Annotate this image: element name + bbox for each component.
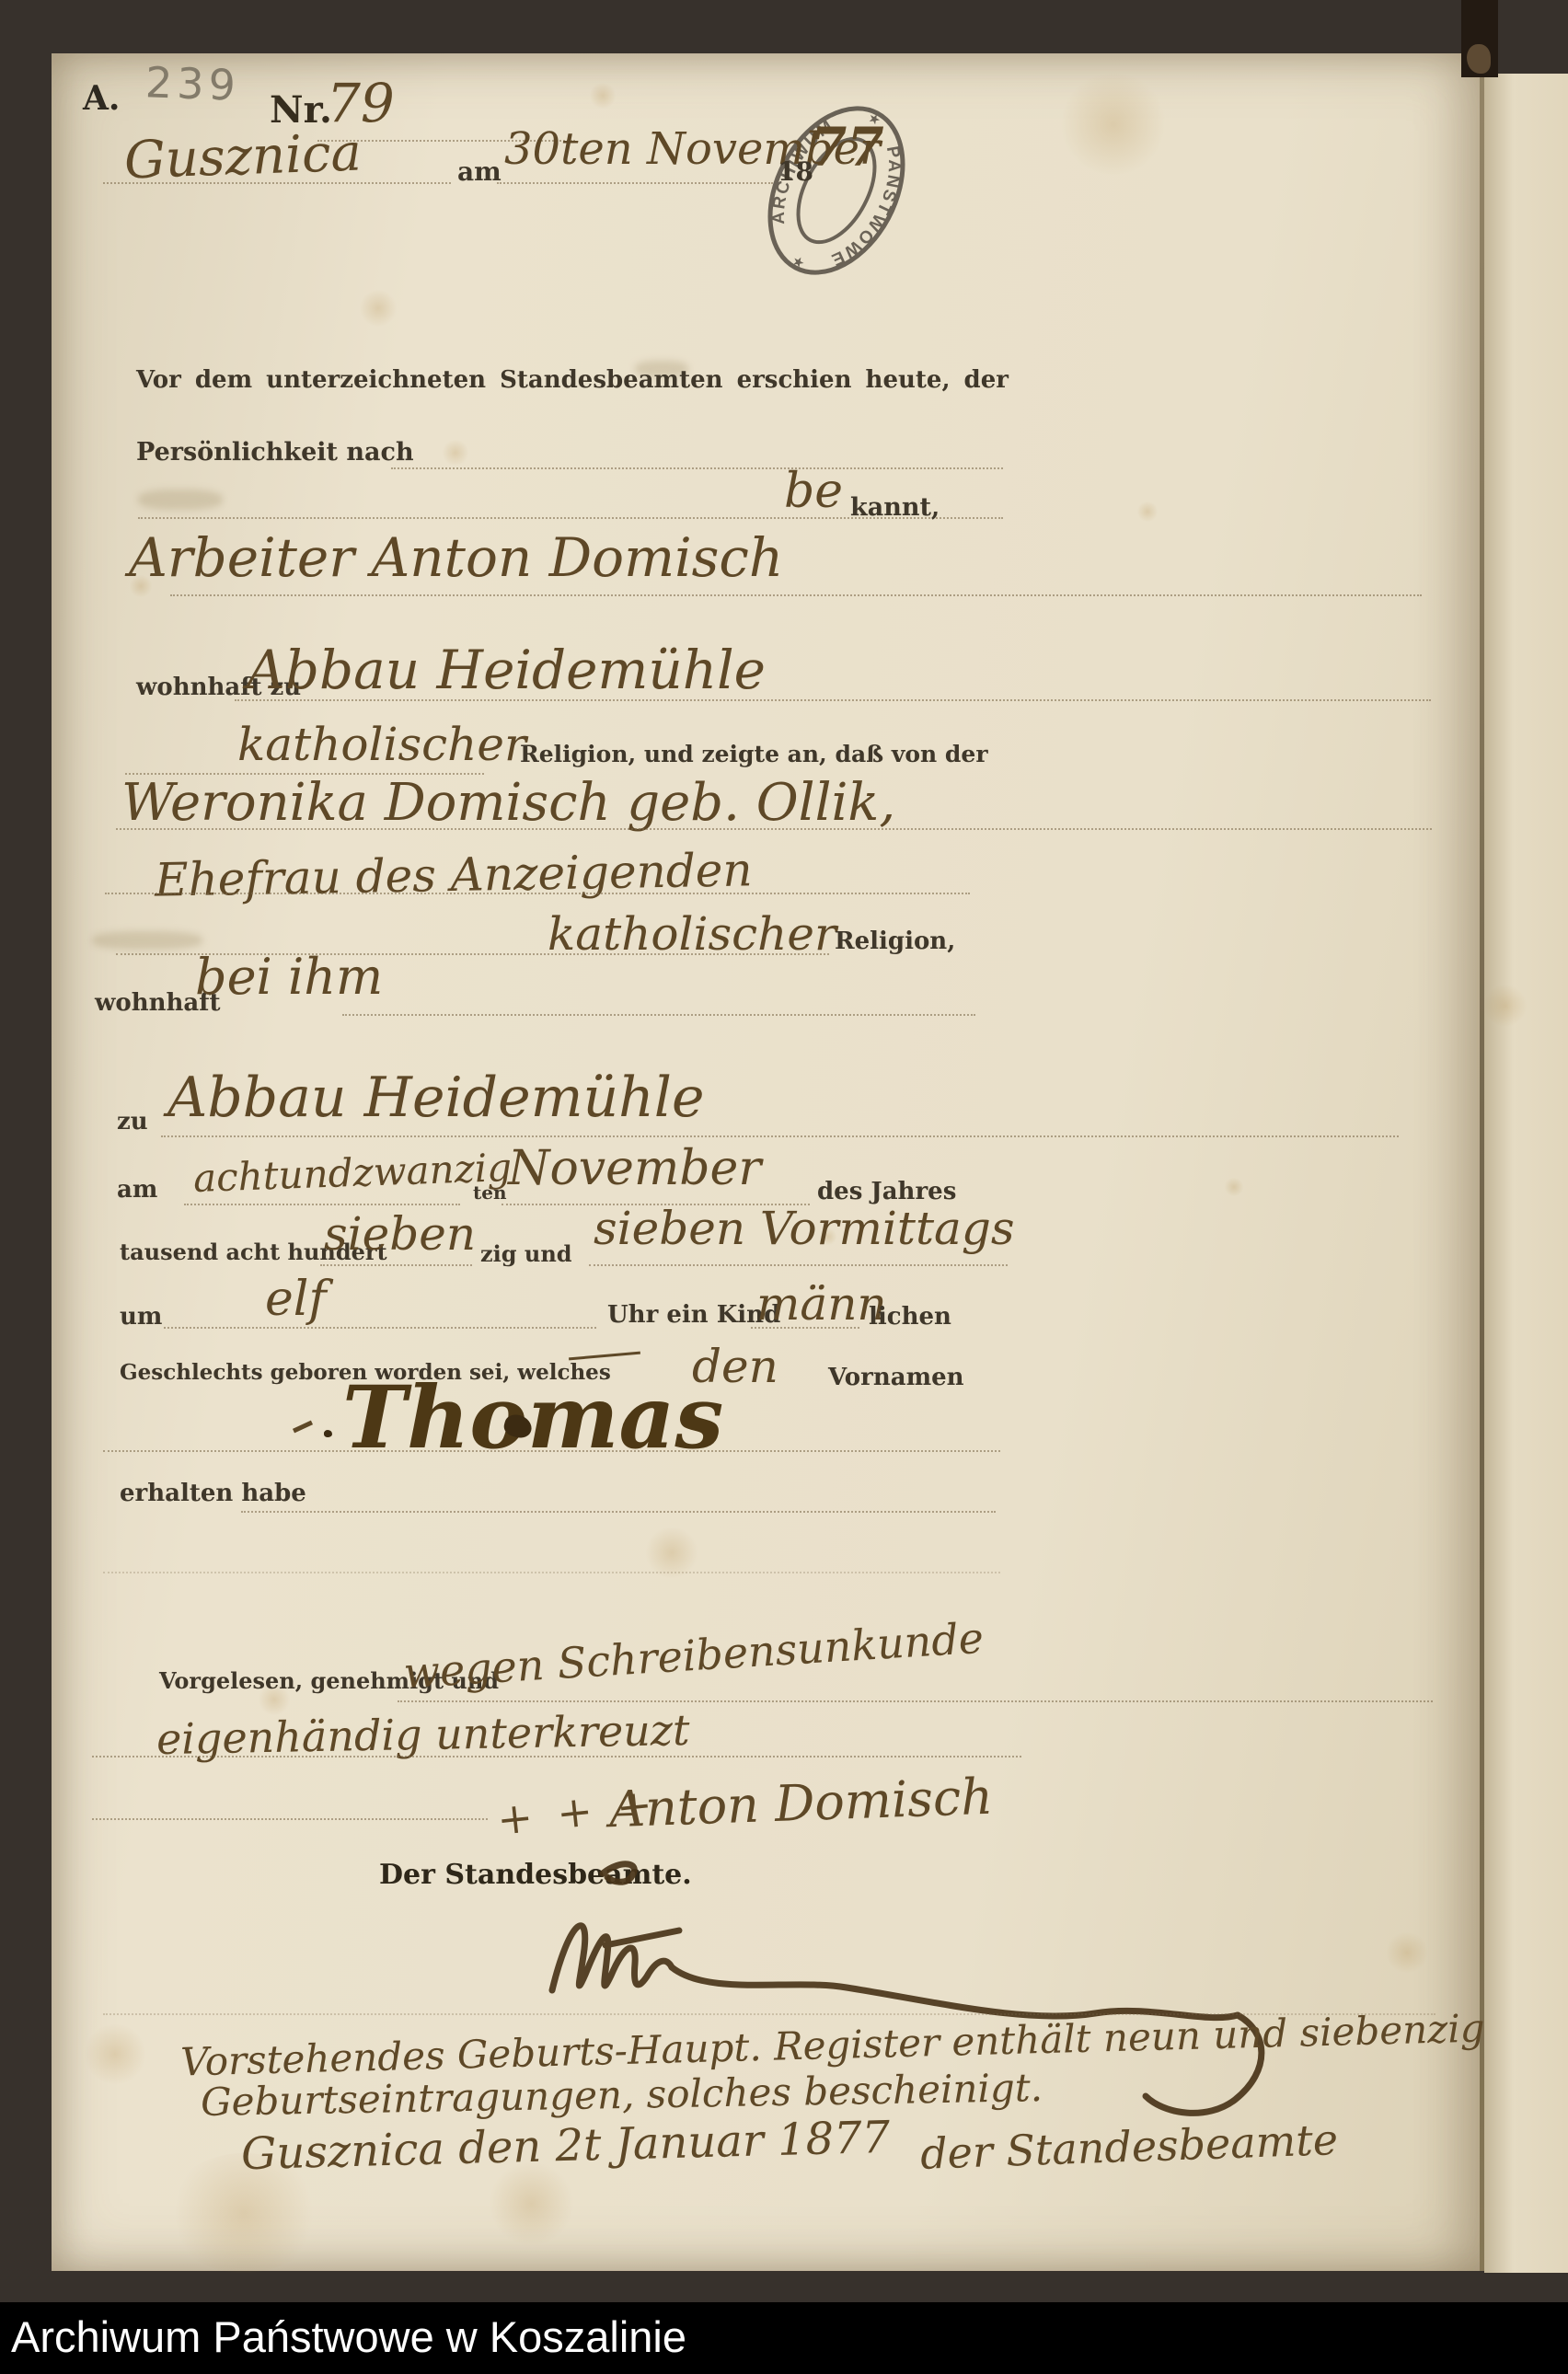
hw-mother-status: Ehefrau des Anzeigenden	[155, 843, 754, 906]
dotted-rule	[751, 1325, 859, 1329]
pencil-page-number: 239	[144, 57, 241, 110]
hw-mother-name: Weronika Domisch geb. Ollik,	[121, 773, 895, 833]
dateline-year-printed: 18	[778, 156, 813, 187]
dotted-rule	[342, 1012, 975, 1016]
dotted-rule	[241, 1509, 996, 1513]
persoenlichkeit-label: Persönlichkeit nach	[136, 438, 414, 467]
archive-name: Archiwum Państwowe w Koszalinie	[11, 2312, 686, 2361]
stain	[442, 440, 469, 466]
dotted-rule	[589, 1262, 1008, 1266]
dotted-rule	[92, 1816, 488, 1820]
zu-label: zu	[117, 1108, 148, 1135]
dateline-year-written: 77	[810, 116, 884, 179]
hw-declarant-name: Arbeiter Anton Domisch	[129, 526, 783, 589]
hw-hour: elf	[265, 1272, 327, 1327]
hw-unit-time: sieben Vormittags	[594, 1202, 1015, 1255]
dotted-rule	[320, 1262, 472, 1266]
bleed-through	[92, 931, 202, 950]
hw-bei-ihm: bei ihm	[195, 948, 383, 1006]
hw-residence: Abbau Heidemühle	[247, 639, 766, 701]
intro-line: Vor dem unterzeichneten Standesbeamten e…	[136, 366, 1009, 394]
dotted-rule	[92, 1754, 1021, 1757]
kannt-label: kannt,	[850, 493, 940, 522]
binding-notch	[1461, 0, 1498, 77]
archive-caption-bar: Archiwum Państwowe w Koszalinie	[0, 2302, 1568, 2374]
lichen-label: lichen	[869, 1303, 951, 1331]
ink-dot	[324, 1430, 332, 1437]
dotted-rule	[184, 1202, 460, 1205]
dotted-rule	[103, 1570, 1000, 1573]
dotted-rule	[103, 1448, 1000, 1452]
zig-und-label: zig und	[480, 1240, 572, 1267]
hw-birth-month: November	[508, 1141, 761, 1196]
form-letter: A.	[83, 79, 120, 118]
dotted-rule	[103, 180, 451, 184]
binding-thread	[1467, 44, 1491, 74]
dotted-rule	[164, 1325, 596, 1329]
stain	[1136, 501, 1159, 522]
stain	[83, 2024, 147, 2084]
stain	[1058, 74, 1169, 175]
hw-child-name: Thomas	[342, 1367, 723, 1469]
stain	[1483, 985, 1528, 1027]
next-page-edge	[1484, 74, 1568, 2273]
hw-be: be	[784, 464, 843, 519]
bleed-through	[138, 490, 223, 510]
dotted-rule	[398, 1699, 1433, 1702]
hw-birthplace: Abbau Heidemühle	[167, 1066, 704, 1130]
erhalten-habe-label: erhalten habe	[120, 1480, 306, 1507]
stain	[1385, 1932, 1429, 1973]
stain	[1224, 1178, 1244, 1196]
am2-label: am	[117, 1176, 157, 1204]
hw-religion-declarant: katholischer	[237, 718, 526, 771]
hw-gender: männ	[756, 1277, 887, 1331]
dotted-rule	[391, 466, 1003, 469]
dotted-rule	[170, 593, 1422, 596]
um-label: um	[120, 1303, 162, 1331]
scan-background: A. 239 Nr. 79 ARCHIWUM PAŃSTWOWE ★ ★ Gus…	[0, 0, 1568, 2374]
dotted-rule	[105, 891, 970, 894]
ten-label: ten	[473, 1181, 507, 1204]
dateline-am-label: am	[457, 156, 502, 187]
dotted-rule	[116, 826, 1432, 830]
hw-decade: sieben	[324, 1207, 476, 1261]
stain	[488, 2162, 575, 2245]
dotted-rule	[235, 697, 1431, 701]
stain	[359, 290, 398, 327]
dotted-rule	[161, 1134, 1399, 1137]
religion-zeigte-label: Religion, und zeigte an, daß von der	[520, 741, 987, 767]
religion2-label: Religion,	[835, 928, 955, 955]
vornamen-label: Vornamen	[828, 1364, 964, 1391]
stain	[589, 83, 617, 109]
dotted-rule	[497, 180, 773, 184]
